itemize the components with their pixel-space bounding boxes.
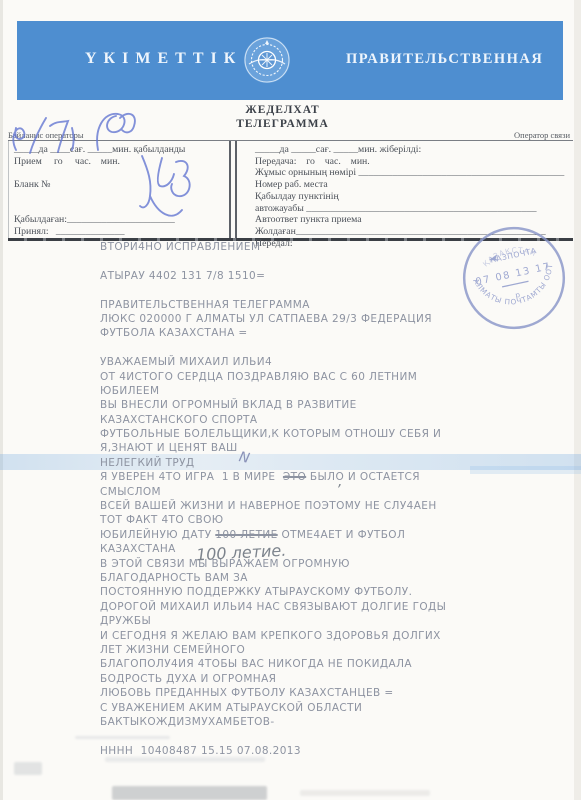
form-line: Жұмыс орнының нөмірі ___________________… [255,167,570,179]
telegram-text: ОТМЕ4АЕТ И ФУТБОЛ [278,529,406,541]
doc-type-kazakh: ЖЕДЕЛХАТ [0,104,565,118]
telegram-line: И СЕГОДНЯ Я ЖЕЛАЮ ВАМ КРЕПКОГО ЗДОРОВЬЯ … [100,629,575,643]
form-line [14,191,224,203]
doc-type-russian: ТЕЛЕГРАММА [0,118,565,132]
telegram-line: ЮБИЛЕЕМ [100,384,575,398]
telegram-line: КАЗАХСТАНСКОГО СПОРТА [100,413,575,427]
form-divider [229,141,231,239]
document-type: ЖЕДЕЛХАТ ТЕЛЕГРАММА [0,104,565,131]
telegram-line: С УВАЖЕНИЕМ АКИМ АТЫРАУСКОЙ ОБЛАСТИ [100,701,575,715]
telegram-line: ВСЕЙ ВАШЕЙ ЖИЗНИ И НАВЕРНОЕ ПОЭТОМУ НЕ С… [100,499,575,513]
telegram-line: ПОСТОЯННУЮ ПОДДЕРЖКУ АТЫРАУСКОМУ ФУТБОЛУ… [100,585,575,599]
telegram-line [100,729,575,743]
strikethrough-text: 100 ЛЕТИЕ [215,529,277,541]
handwritten-note: , [338,474,342,490]
form-line: Қабылдау пунктінің [255,191,570,203]
form-line: Принял: ______________ [14,226,224,238]
form-line [14,167,224,179]
telegram-line: ЮБИЛЕЙНУЮ ДАТУ 100 ЛЕТИЕ ОТМЕ4АЕТ И ФУТБ… [100,528,575,542]
label-operator-russian: Оператор связи [400,130,570,140]
telegram-line: НННН 10408487 15.15 07.08.2013 [100,744,575,758]
form-line: Қабылдаған:______________________ [14,214,224,226]
form-line: _____да _____сағ. _____мин. жіберілді: [255,144,570,156]
scan-smudge [300,790,430,796]
form-line: Прием го час. мин. [14,156,224,168]
scan-smudge [14,762,42,775]
telegram-line: БЛАГОДАРНОСТЬ ВАМ ЗА [100,571,575,585]
telegram-line: В ЭТОЙ СВЯЗИ МЫ ВЫРАЖАЕМ ОГРОМНУЮ [100,557,575,571]
telegram-line: ЛЮБОВЬ ПРЕДАННЫХ ФУТБОЛУ КАЗАХСТАНЦЕВ = [100,686,575,700]
telegram-text: ЮБИЛЕЙНУЮ ДАТУ [100,529,215,541]
telegram-line: ОТ 4ИСТОГО СЕРДЦА ПОЗДРАВЛЯЮ ВАС С 60 ЛЕ… [100,370,575,384]
receive-form-box: _____да ____сағ. _____мин. қабылдандыПри… [14,144,224,238]
telegram-line: УВАЖАЕМЫЙ МИХАИЛ ИЛЬИ4 [100,355,575,369]
form-line: Передача: го час. мин. [255,156,570,168]
telegram-line: БОДРОСТЬ ДУХА И ОГРОМНАЯ [100,672,575,686]
telegram-text: Я УВЕРЕН 4ТО ИГРА 1 В МИРЕ [100,471,283,483]
postal-stamp: ҚАЗАҚСТАН КАЗПОЧТА 07 08 13 17 р АЛМАТЫ … [449,213,579,343]
telegram-line: КАЗАХСТАНА [100,542,575,556]
telegram-line: Я,ЗНАЮТ И ЦЕНЯТ ВАШ [100,441,575,455]
telegram-line: БЛАГОПОЛУ4ИЯ 4ТОБЫ ВАС НИКОГДА НЕ ПОКИДА… [100,657,575,671]
scan-edge-right [574,0,581,800]
scan-smudge [112,786,267,800]
telegram-line [100,341,575,355]
form-divider [235,141,237,239]
form-line [14,203,224,215]
header-title-kazakh: ҮКІМЕТТІК [85,50,242,68]
header-band: ҮКІМЕТТІК ПРАВИТЕЛЬСТВЕННАЯ [17,21,563,100]
telegram-line: ЛЕТ ЖИЗНИ СЕМЕЙНОГО [100,643,575,657]
telegram-line: ФУТБОЛЬНЫЕ БОЛЕЛЬЩИКИ,К КОТОРЫМ ОТНОШУ С… [100,427,575,441]
telegram-line: ДРУЖБЫ [100,614,575,628]
telegram-line: ДОРОГОЙ МИХАИЛ ИЛЬИ4 НАС СВЯЗЫВАЮТ ДОЛГИ… [100,600,575,614]
label-operator-kazakh: Байланыс операторы [8,130,84,140]
form-line: автожауабы _____________________________… [255,203,570,215]
telegram-text: БЫЛО И ОСТАЕТСЯ [306,471,420,483]
kazakhstan-emblem-icon [243,36,291,84]
form-top-rule [8,140,573,141]
telegram-line: ТОТ ФАКТ 4ТО СВОЮ [100,513,575,527]
form-line: Номер раб. места [255,179,570,191]
telegram-line: БАКТЫКОЖДИЗМУХАМБЕТОВ- [100,715,575,729]
strikethrough-text: ЭТО [283,471,306,483]
header-title-russian: ПРАВИТЕЛЬСТВЕННАЯ [346,51,543,68]
telegram-line: НЕЛЕГКИЙ ТРУД [100,456,575,470]
form-line: _____да ____сағ. _____мин. қабылданды [14,144,224,156]
form-line: Бланк № [14,179,224,191]
telegram-line: ВЫ ВНЕСЛИ ОГРОМНЫЙ ВКЛАД В РАЗВИТИЕ [100,398,575,412]
form-left-border [8,141,9,239]
